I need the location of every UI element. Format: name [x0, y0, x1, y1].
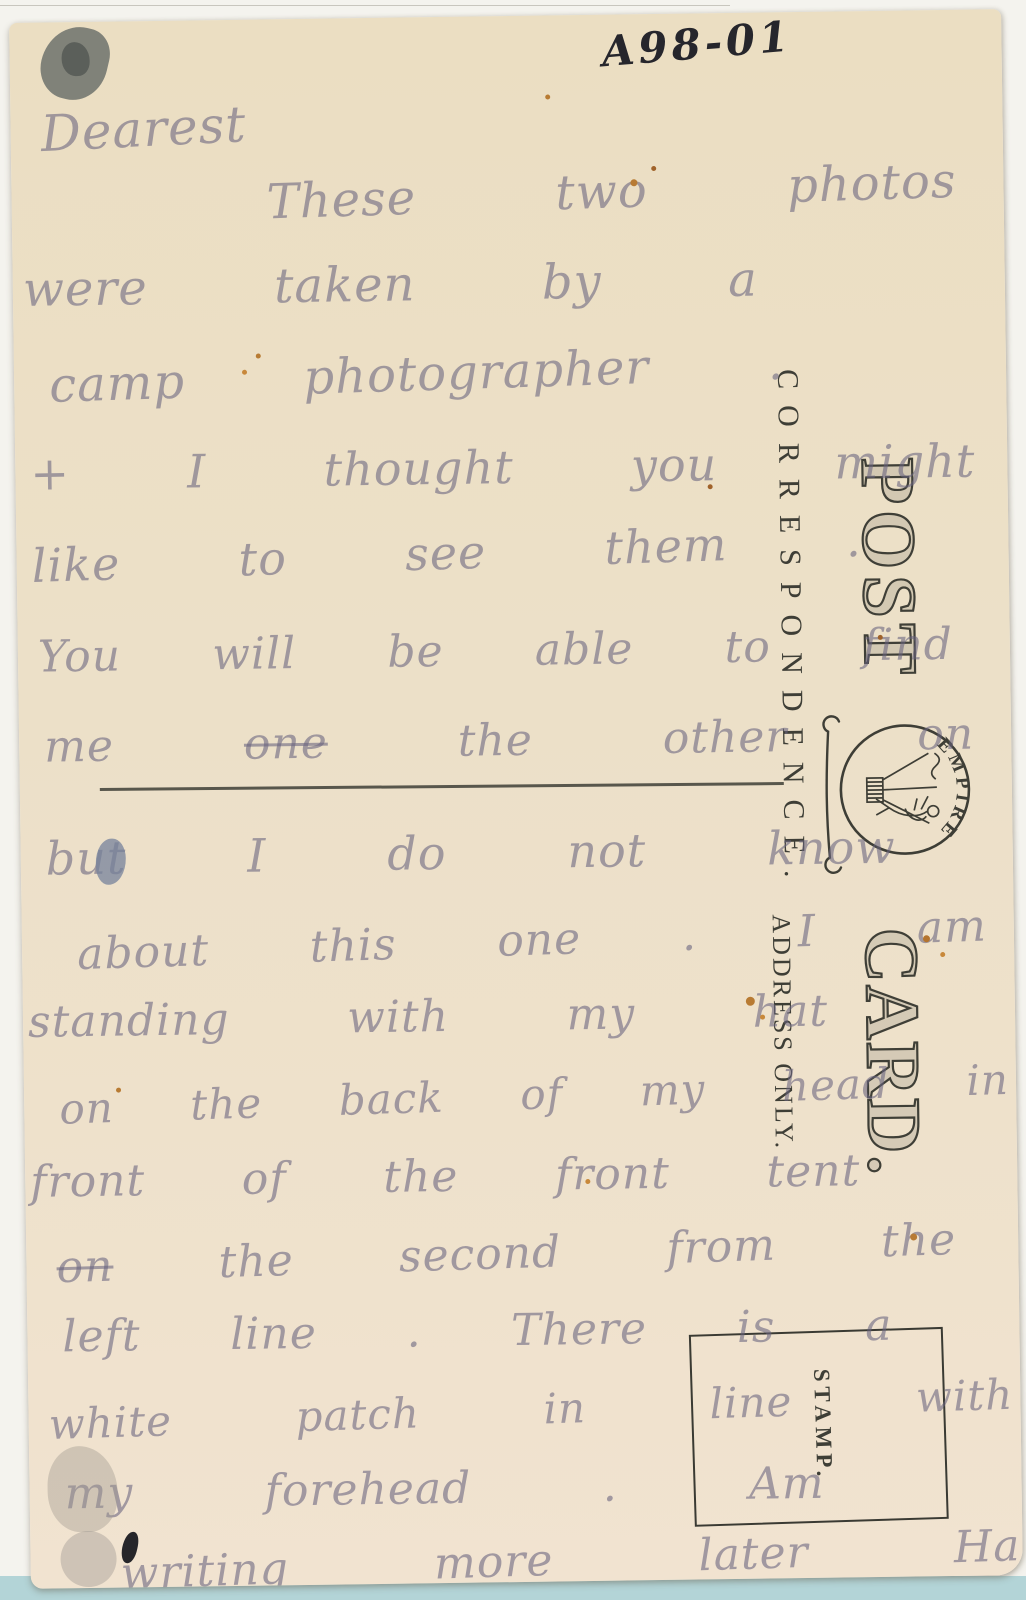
message-line: +Ithoughtyoumight [30, 434, 976, 501]
message-line: liketoseethem. [31, 513, 862, 593]
message-line: Youwillbeabletofind [38, 619, 954, 683]
gray-smudge [60, 1531, 117, 1588]
lion-emblem-icon [866, 753, 940, 824]
rust-specks [9, 23, 14, 28]
postcard-back: A98-01 CORRESPONDENCE. POST CARD. ADDRES… [9, 9, 1023, 1589]
divider-line [100, 782, 784, 791]
card-title-word: CARD. [847, 927, 937, 1177]
gray-smudge [47, 1446, 118, 1533]
annotation-code: A98-01 [600, 11, 794, 76]
message-line: weretakenbya [22, 252, 758, 318]
message-line: standingwithmyhat [28, 986, 829, 1048]
message-line: Dearest [39, 95, 247, 163]
message-line: Thesetwophotos [266, 153, 957, 231]
message-line: campphotographer. [48, 335, 784, 414]
message-line: frontofthefronttent [30, 1145, 861, 1208]
message-line: myforehead.Am [64, 1458, 825, 1520]
message-line: butIdonotknow [45, 820, 896, 886]
message-line: onthesecondfromthe [56, 1214, 957, 1293]
scanner-edge-line [0, 5, 730, 6]
